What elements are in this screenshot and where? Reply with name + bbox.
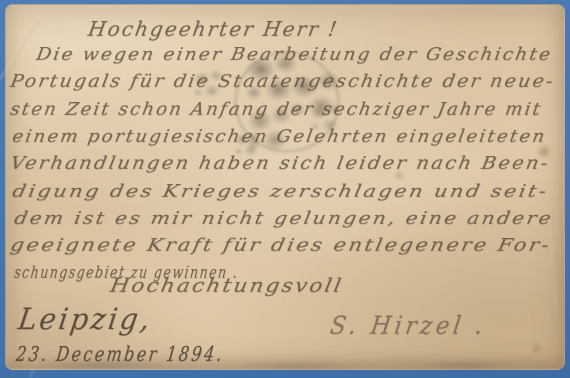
place-line: Leipzig,	[16, 305, 154, 335]
body-line: dem ist es mir nicht gelungen, eine ande…	[13, 211, 555, 228]
body-line: einem portugiesischen Gelehrten eingelei…	[11, 129, 548, 146]
date-line: 23. December 1894.	[15, 344, 225, 364]
signature: S. Hirzel .	[329, 313, 488, 338]
paper-stain	[530, 343, 543, 354]
body-line: geeignete Kraft für dies entlegenere For…	[9, 238, 553, 255]
salutation-line: Hochgeehrter Herr !	[87, 19, 340, 39]
postcard: Hochgeehrter Herr ! Die wegen einer Bear…	[5, 4, 565, 370]
body-line: Verhandlungen haben sich leider nach Bee…	[9, 156, 551, 173]
body-line: Portugals für die Staatengeschichte der …	[9, 74, 556, 91]
scan-background: Hochgeehrter Herr ! Die wegen einer Bear…	[0, 0, 570, 378]
body-line: Die wegen einer Bearbeitung der Geschich…	[35, 47, 554, 64]
body-line: sten Zeit schon Anfang der sechziger Jah…	[9, 102, 543, 119]
body-line: digung des Krieges zerschlagen und seit-	[11, 184, 550, 201]
closing-line: Hochachtungsvoll	[109, 277, 345, 296]
